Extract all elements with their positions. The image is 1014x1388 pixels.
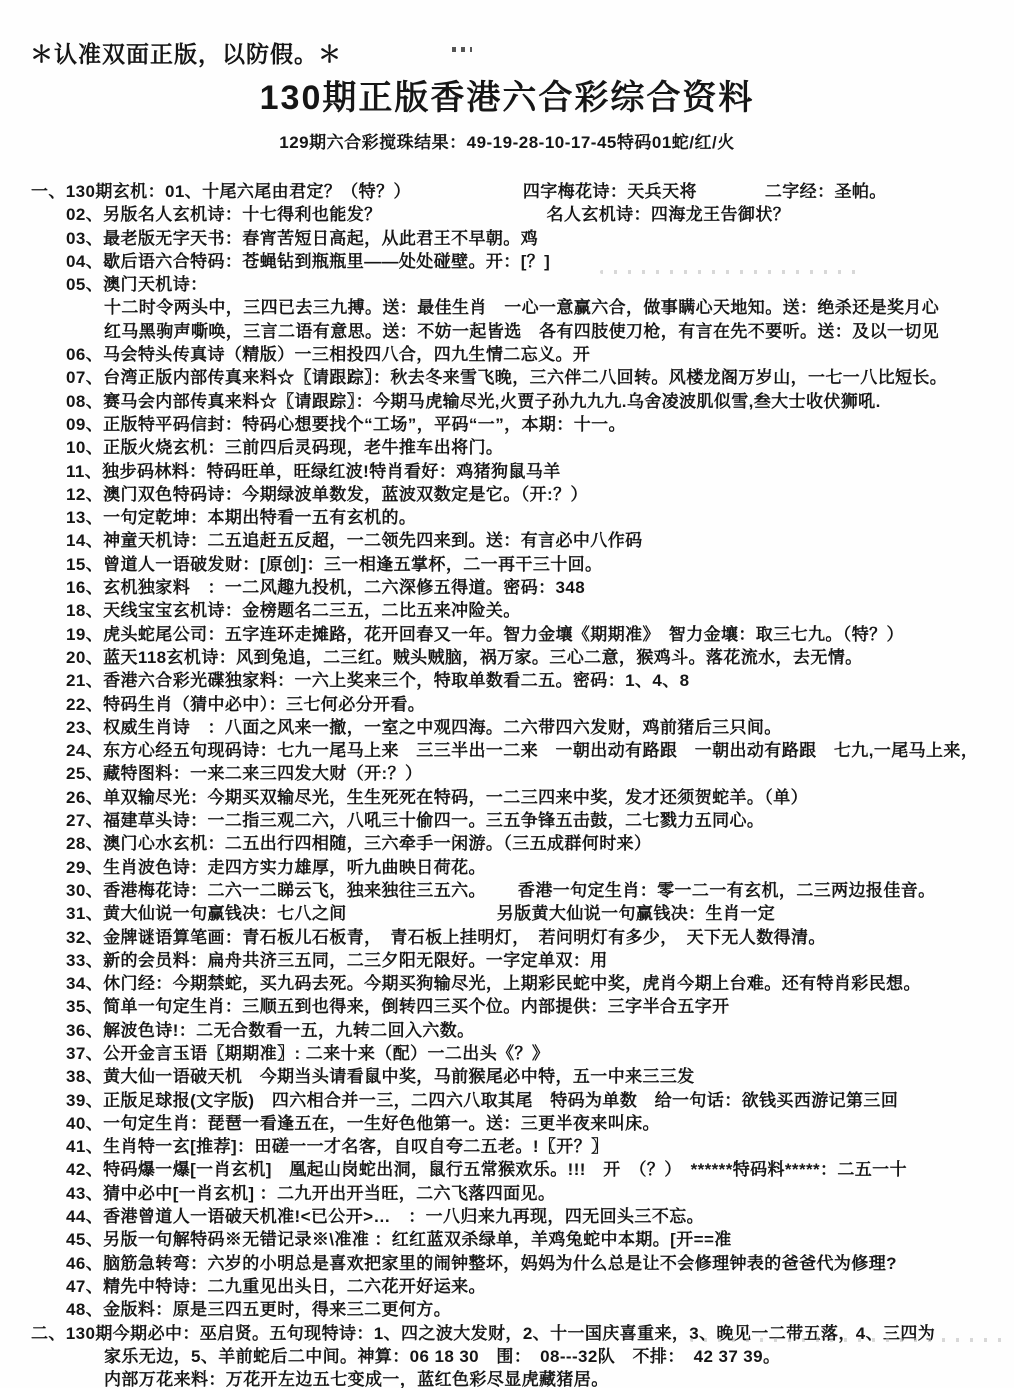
text-segment: 38、黄大仙一语破天机 今期当头请看鼠中奖，马前猴尾必中特，五一中来三三发 bbox=[66, 1065, 695, 1088]
text-line: 26、单双输尽光：今期买双输尽光，生生死死在特码，一二三四来中奖，发才还须贺蛇羊… bbox=[0, 786, 1014, 809]
text-line: 37、公开金言玉语〖期期准〗: 二来十来（配）一二出头《？》 bbox=[0, 1042, 1014, 1065]
text-line: 34、休门经：今期禁蛇，买九码去死。今期买狗输尽光，上期彩民蛇中奖，虎肖今期上台… bbox=[0, 972, 1014, 995]
text-segment: 44、香港曾道人一语破天机准!<已公开>… ：一八归来九再现，四无回头三不忘。 bbox=[66, 1205, 704, 1228]
previous-draw-result: 129期六合彩搅珠结果：49-19-28-10-17-45特码01蛇/红/火 bbox=[0, 128, 1014, 153]
text-segment: 二字经：圣帕。 bbox=[765, 180, 887, 203]
text-segment: 40、一句定生肖：琵琶一看逢五在，一生好色他第一。送：三更半夜来叫床。 bbox=[66, 1112, 660, 1135]
text-line: 29、生肖波色诗：走四方实力雄厚，听九曲映日荷花。 bbox=[0, 856, 1014, 879]
text-line: 23、权威生肖诗 ：八面之风来一撤，一室之中观四海。二六带四六发财，鸡前猪后三只… bbox=[0, 716, 1014, 739]
text-segment: 26、单双输尽光：今期买双输尽光，生生死死在特码，一二三四来中奖，发才还须贺蛇羊… bbox=[66, 786, 808, 809]
text-segment: 19、虎头蛇尾公司：五字连环走摊路，花开回春又一年。智力金壤《期期准》 智力金壤… bbox=[66, 623, 904, 646]
text-segment: 24、东方心经五句现码诗：七九一尾马上来 三三半出一二来 一朝出动有路跟 一朝出… bbox=[66, 739, 978, 762]
text-line: 05、澳门天机诗： bbox=[0, 273, 1014, 296]
text-segment: 35、简单一句定生肖：三顺五到也得来，倒转四三买个位。内部提供：三字半合五字开 bbox=[66, 995, 730, 1018]
text-line: 44、香港曾道人一语破天机准!<已公开>… ：一八归来九再现，四无回头三不忘。 bbox=[0, 1205, 1014, 1228]
text-segment: 30、香港梅花诗：二六一二睇云飞，独来独往三五六。 bbox=[66, 879, 486, 902]
text-segment: 47、精先中特诗：二九重见出头日，二六花开好运来。 bbox=[66, 1275, 486, 1298]
text-segment: 内部万花来料：万花开左边五七变成一，蓝红色彩尽显虎藏猪居。 bbox=[104, 1368, 609, 1388]
text-segment: 06、马会特头传真诗（精版）一三相投四八合，四九生情二忘义。开 bbox=[66, 343, 590, 366]
text-line: 家乐无边，5、羊前蛇后二中间。神算：06 18 30 围： 08---32队 不… bbox=[0, 1345, 1014, 1368]
text-segment: 36、解波色诗!：二无合数看一五，九转二回入六数。 bbox=[66, 1019, 475, 1042]
text-line: 27、福建草头诗：一二指三观二六，八吼三十偷四一。三五争锋五击鼓，二七戮力五同心… bbox=[0, 809, 1014, 832]
text-line: 二、130期今期必中：巫启贤。五句现特诗：1、四之波大发财，2、十一国庆喜重来，… bbox=[0, 1322, 1014, 1345]
text-line: 40、一句定生肖：琵琶一看逢五在，一生好色他第一。送：三更半夜来叫床。 bbox=[0, 1112, 1014, 1135]
text-line: 21、香港六合彩光碟独家料：一六上奖来三个，特取单数看二五。密码：1、4、8 bbox=[0, 669, 1014, 692]
text-segment: 16、玄机独家料 ：一二风趣九投机，二六深修五得道。密码：348 bbox=[66, 576, 585, 599]
text-line: 10、正版火烧玄机：三前四后灵码现，老牛推车出将门。 bbox=[0, 436, 1014, 459]
text-segment: 33、新的会员料：扁舟共济三五同，二三夕阳无限好。一字定单双：用 bbox=[66, 949, 608, 972]
text-segment: 02、另版名人玄机诗：十七得利也能发？ bbox=[66, 203, 382, 226]
text-segment: 39、正版足球报(文字版) 四六相合并一三，二四六八取其尾 特码为单数 给一句话… bbox=[66, 1089, 898, 1112]
text-segment: 45、另版一句解特码※无错记录※\准准 ：红红蓝双杀绿单，羊鸡兔蛇中本期。[开=… bbox=[66, 1228, 732, 1251]
text-line: 35、简单一句定生肖：三顺五到也得来，倒转四三买个位。内部提供：三字半合五字开 bbox=[0, 995, 1014, 1018]
text-segment: 红马黑驹声嘶唤，三言二语有意思。送：不妨一起皆选 各有四肢使刀枪，有言在先不要听… bbox=[104, 320, 939, 343]
text-line: 02、另版名人玄机诗：十七得利也能发？名人玄机诗：四海龙王告御状？ bbox=[0, 203, 1014, 226]
text-line: 16、玄机独家料 ：一二风趣九投机，二六深修五得道。密码：348 bbox=[0, 576, 1014, 599]
text-segment: 12、澳门双色特码诗：今期绿波单数发，蓝波双数定是它。（开:？） bbox=[66, 483, 588, 506]
text-line: 25、藏特图料：一来二来三四发大财（开:？） bbox=[0, 762, 1014, 785]
text-segment: 23、权威生肖诗 ：八面之风来一撤，一室之中观四海。二六带四六发财，鸡前猪后三只… bbox=[66, 716, 782, 739]
page-title: 130期正版香港六合彩综合资料 bbox=[0, 70, 1014, 119]
text-line: 03、最老版无字天书：春宵苦短日高起，从此君王不早朝。鸡 bbox=[0, 227, 1014, 250]
text-segment: 09、正版特平码信封：特码心想要找个“工场”，平码“一”，本期：十一。 bbox=[66, 413, 626, 436]
text-line: 19、虎头蛇尾公司：五字连环走摊路，花开回春又一年。智力金壤《期期准》 智力金壤… bbox=[0, 623, 1014, 646]
text-segment: 20、蓝天118玄机诗：风到兔追，二三红。贼头贼脑，祸万家。三心二意，猴鸡斗。落… bbox=[66, 646, 863, 669]
text-segment: 18、天线宝宝玄机诗：金榜题名二三五，二比五来冲险关。 bbox=[66, 599, 521, 622]
text-segment: 48、金版料：原是三四五更时，得来三二更何方。 bbox=[66, 1298, 451, 1321]
text-line: 39、正版足球报(文字版) 四六相合并一三，二四六八取其尾 特码为单数 给一句话… bbox=[0, 1089, 1014, 1112]
text-segment: 家乐无边，5、羊前蛇后二中间。神算：06 18 30 围： 08---32队 不… bbox=[104, 1345, 780, 1368]
text-line: 一、130期玄机：01、十尾六尾由君定？（特？）四字梅花诗：天兵天将二字经：圣帕… bbox=[0, 180, 1014, 203]
text-line: 07、台湾正版内部传真来料☆〖请跟踪〗：秋去冬来雪飞晚，三六伴二八回转。风楼龙阁… bbox=[0, 366, 1014, 389]
lottery-info-sheet: ＊认准双面正版，以防假。＊ 130期正版香港六合彩综合资料 129期六合彩搅珠结… bbox=[0, 0, 1014, 1388]
text-segment: 一、130期玄机：01、十尾六尾由君定？（特？） bbox=[31, 180, 411, 203]
text-segment: 名人玄机诗：四海龙王告御状？ bbox=[547, 203, 791, 226]
text-segment: 27、福建草头诗：一二指三观二六，八吼三十偷四一。三五争锋五击鼓，二七戮力五同心… bbox=[66, 809, 764, 832]
text-segment: 二、130期今期必中：巫启贤。五句现特诗：1、四之波大发财，2、十一国庆喜重来，… bbox=[31, 1322, 935, 1345]
text-segment: 41、生肖特一玄[推荐]：田磋一一才名客，自叹自夸二五老。!〖开？〗 bbox=[66, 1135, 609, 1158]
text-line: 十二时令两头中，三四已去三九搏。送：最佳生肖 一心一意赢六合，做事瞒心天地知。送… bbox=[0, 296, 1014, 319]
text-line: 31、黄大仙说一句赢钱决：七八之间另版黄大仙说一句赢钱决：生肖一定 bbox=[0, 902, 1014, 925]
text-line: 08、赛马会内部传真来料☆〖请跟踪〗：今期马虎输尽光,火贾子孙九九九.乌舍凌波肌… bbox=[0, 390, 1014, 413]
text-line: 48、金版料：原是三四五更时，得来三二更何方。 bbox=[0, 1298, 1014, 1321]
text-line: 内部万花来料：万花开左边五七变成一，蓝红色彩尽显虎藏猪居。 bbox=[0, 1368, 1014, 1388]
text-line: 09、正版特平码信封：特码心想要找个“工场”，平码“一”，本期：十一。 bbox=[0, 413, 1014, 436]
text-segment: 07、台湾正版内部传真来料☆〖请跟踪〗：秋去冬来雪飞晚，三六伴二八回转。风楼龙阁… bbox=[66, 366, 947, 389]
text-segment: 05、澳门天机诗： bbox=[66, 273, 208, 296]
text-segment: 10、正版火烧玄机：三前四后灵码现，老牛推车出将门。 bbox=[66, 436, 503, 459]
text-line: 30、香港梅花诗：二六一二睇云飞，独来独往三五六。香港一句定生肖：零一二一有玄机… bbox=[0, 879, 1014, 902]
text-line: 22、特码生肖（猜中必中）：三七何必分开看。 bbox=[0, 693, 1014, 716]
scan-artifact-top-dots bbox=[452, 47, 472, 52]
text-segment: 25、藏特图料：一来二来三四发大财（开:？） bbox=[66, 762, 422, 785]
text-line: 06、马会特头传真诗（精版）一三相投四八合，四九生情二忘义。开 bbox=[0, 343, 1014, 366]
text-segment: 十二时令两头中，三四已去三九搏。送：最佳生肖 一心一意赢六合，做事瞒心天地知。送… bbox=[104, 296, 939, 319]
text-segment: 另版黄大仙说一句赢钱决：生肖一定 bbox=[497, 902, 775, 925]
text-line: 28、澳门心水玄机：二五出行四相随，三六牵手一闲游。（三五成群何时来） bbox=[0, 832, 1014, 855]
text-segment: 34、休门经：今期禁蛇，买九码去死。今期买狗输尽光，上期彩民蛇中奖，虎肖今期上台… bbox=[66, 972, 921, 995]
text-segment: 29、生肖波色诗：走四方实力雄厚，听九曲映日荷花。 bbox=[66, 856, 486, 879]
text-segment: 11、独步码林料：特码旺单，旺绿红波!特肖看好：鸡猪狗鼠马羊 bbox=[66, 460, 561, 483]
text-segment: 15、曾道人一语破发财：[原创]：三一相逢五掌杯，二一再干三十回。 bbox=[66, 553, 602, 576]
text-segment: 14、神童天机诗：二五追赶五反超，一二领先四来到。送：有言必中八作码 bbox=[66, 529, 643, 552]
text-segment: 37、公开金言玉语〖期期准〗: 二来十来（配）一二出头《？》 bbox=[66, 1042, 549, 1065]
text-segment: 43、猜中必中[一肖玄机] ：二九开出开当旺，二六飞落四面见。 bbox=[66, 1182, 555, 1205]
text-line: 41、生肖特一玄[推荐]：田磋一一才名客，自叹自夸二五老。!〖开？〗 bbox=[0, 1135, 1014, 1158]
text-segment: 22、特码生肖（猜中必中）：三七何必分开看。 bbox=[66, 693, 425, 716]
text-line: 38、黄大仙一语破天机 今期当头请看鼠中奖，马前猴尾必中特，五一中来三三发 bbox=[0, 1065, 1014, 1088]
text-line: 36、解波色诗!：二无合数看一五，九转二回入六数。 bbox=[0, 1019, 1014, 1042]
text-line: 32、金牌谜语算笔画：青石板儿石板青， 青石板上挂明灯， 若问明灯有多少， 天下… bbox=[0, 926, 1014, 949]
text-line: 47、精先中特诗：二九重见出头日，二六花开好运来。 bbox=[0, 1275, 1014, 1298]
text-line: 11、独步码林料：特码旺单，旺绿红波!特肖看好：鸡猪狗鼠马羊 bbox=[0, 460, 1014, 483]
text-line: 20、蓝天118玄机诗：风到兔追，二三红。贼头贼脑，祸万家。三心二意，猴鸡斗。落… bbox=[0, 646, 1014, 669]
text-line: 14、神童天机诗：二五追赶五反超，一二领先四来到。送：有言必中八作码 bbox=[0, 529, 1014, 552]
text-segment: 13、一句定乾坤：本期出特看一五有玄机的。 bbox=[66, 506, 416, 529]
text-segment: 21、香港六合彩光碟独家料：一六上奖来三个，特取单数看二五。密码：1、4、8 bbox=[66, 669, 689, 692]
text-line: 24、东方心经五句现码诗：七九一尾马上来 三三半出一二来 一朝出动有路跟 一朝出… bbox=[0, 739, 1014, 762]
text-segment: 四字梅花诗：天兵天将 bbox=[523, 180, 697, 203]
text-line: 46、脑筋急转弯：六岁的小明总是喜欢把家里的闹钟整坏，妈妈为什么总是让不会修理钟… bbox=[0, 1252, 1014, 1275]
text-segment: 03、最老版无字天书：春宵苦短日高起，从此君王不早朝。鸡 bbox=[66, 227, 538, 250]
text-segment: 31、黄大仙说一句赢钱决：七八之间 bbox=[66, 902, 347, 925]
text-line: 45、另版一句解特码※无错记录※\准准 ：红红蓝双杀绿单，羊鸡兔蛇中本期。[开=… bbox=[0, 1228, 1014, 1251]
content-lines: 一、130期玄机：01、十尾六尾由君定？（特？）四字梅花诗：天兵天将二字经：圣帕… bbox=[0, 180, 1014, 1388]
text-line: 13、一句定乾坤：本期出特看一五有玄机的。 bbox=[0, 506, 1014, 529]
text-segment: 04、歇后语六合特码：苍蝇钻到瓶瓶里——处处碰壁。开：[？] bbox=[66, 250, 550, 273]
text-line: 红马黑驹声嘶唤，三言二语有意思。送：不妨一起皆选 各有四肢使刀枪，有言在先不要听… bbox=[0, 320, 1014, 343]
text-line: 42、特码爆一爆[一肖玄机] 凰起山岗蛇出洞，鼠行五常猴欢乐。!!! 开 （？）… bbox=[0, 1158, 1014, 1181]
text-segment: 46、脑筋急转弯：六岁的小明总是喜欢把家里的闹钟整坏，妈妈为什么总是让不会修理钟… bbox=[66, 1252, 897, 1275]
text-segment: 42、特码爆一爆[一肖玄机] 凰起山岗蛇出洞，鼠行五常猴欢乐。!!! 开 （？）… bbox=[66, 1158, 907, 1181]
text-line: 18、天线宝宝玄机诗：金榜题名二三五，二比五来冲险关。 bbox=[0, 599, 1014, 622]
text-line: 12、澳门双色特码诗：今期绿波单数发，蓝波双数定是它。（开:？） bbox=[0, 483, 1014, 506]
text-line: 33、新的会员料：扁舟共济三五同，二三夕阳无限好。一字定单双：用 bbox=[0, 949, 1014, 972]
anti-counterfeit-note: ＊认准双面正版，以防假。＊ bbox=[30, 36, 342, 69]
text-line: 04、歇后语六合特码：苍蝇钻到瓶瓶里——处处碰壁。开：[？] bbox=[0, 250, 1014, 273]
text-segment: 08、赛马会内部传真来料☆〖请跟踪〗：今期马虎输尽光,火贾子孙九九九.乌舍凌波肌… bbox=[66, 390, 881, 413]
text-segment: 香港一句定生肖：零一二一有玄机，二三两边报佳音。 bbox=[518, 879, 936, 902]
text-segment: 28、澳门心水玄机：二五出行四相随，三六牵手一闲游。（三五成群何时来） bbox=[66, 832, 651, 855]
text-line: 43、猜中必中[一肖玄机] ：二九开出开当旺，二六飞落四面见。 bbox=[0, 1182, 1014, 1205]
text-segment: 32、金牌谜语算笔画：青石板儿石板青， 青石板上挂明灯， 若问明灯有多少， 天下… bbox=[66, 926, 826, 949]
text-line: 15、曾道人一语破发财：[原创]：三一相逢五掌杯，二一再干三十回。 bbox=[0, 553, 1014, 576]
